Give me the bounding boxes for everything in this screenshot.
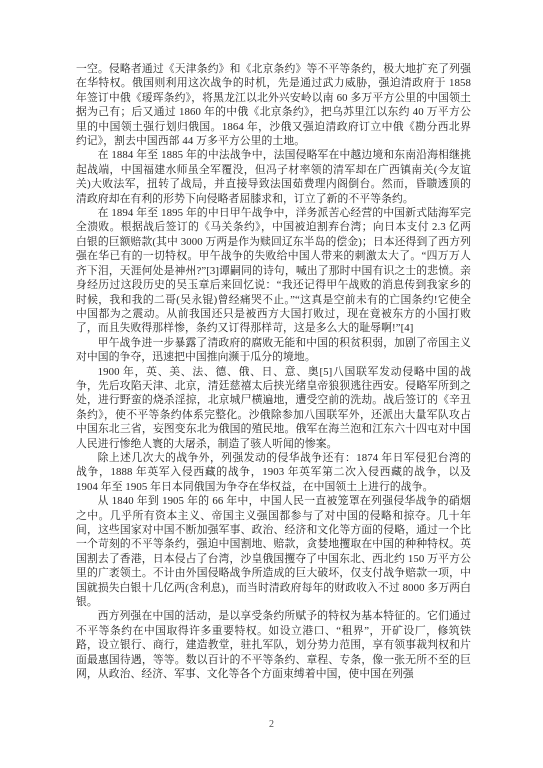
paragraph: 从 1840 年到 1905 年的 66 年中，中国人民一直被笼罩在列强侵华战争… (76, 494, 471, 609)
page-number: 2 (0, 719, 543, 730)
paragraph: 甲午战争进一步暴露了清政府的腐败无能和中国的积贫积弱，加剧了帝国主义对中国的争夺… (76, 336, 471, 365)
paragraph-continuation: 一空。侵略者通过《天津条约》和《北京条约》等不平等条约，极大地扩充了列强在华特权… (76, 62, 471, 148)
paragraph: 在 1894 年至 1895 年的中日甲午战争中，洋务派苦心经营的中国新式陆海军… (76, 206, 471, 336)
paragraph: 除上述几次大的战争外，列强发动的侵华战争还有：1874 年日军侵犯台湾的战争，1… (76, 451, 471, 494)
body-text: 一空。侵略者通过《天津条约》和《北京条约》等不平等条约，极大地扩充了列强在华特权… (76, 62, 471, 681)
paragraph: 1900 年，英、美、法、德、俄、日、意、奥[5]八国联军发动侵略中国的战争，先… (76, 365, 471, 451)
paragraph: 西方列强在中国的活动，是以享受条约所赋予的特权为基本特征的。它们通过不平等条约在… (76, 609, 471, 681)
document-page: 一空。侵略者通过《天津条约》和《北京条约》等不平等条约，极大地扩充了列强在华特权… (0, 0, 543, 768)
paragraph: 在 1884 年至 1885 年的中法战争中，法国侵略军在中越边境和东南沿海相继… (76, 148, 471, 206)
